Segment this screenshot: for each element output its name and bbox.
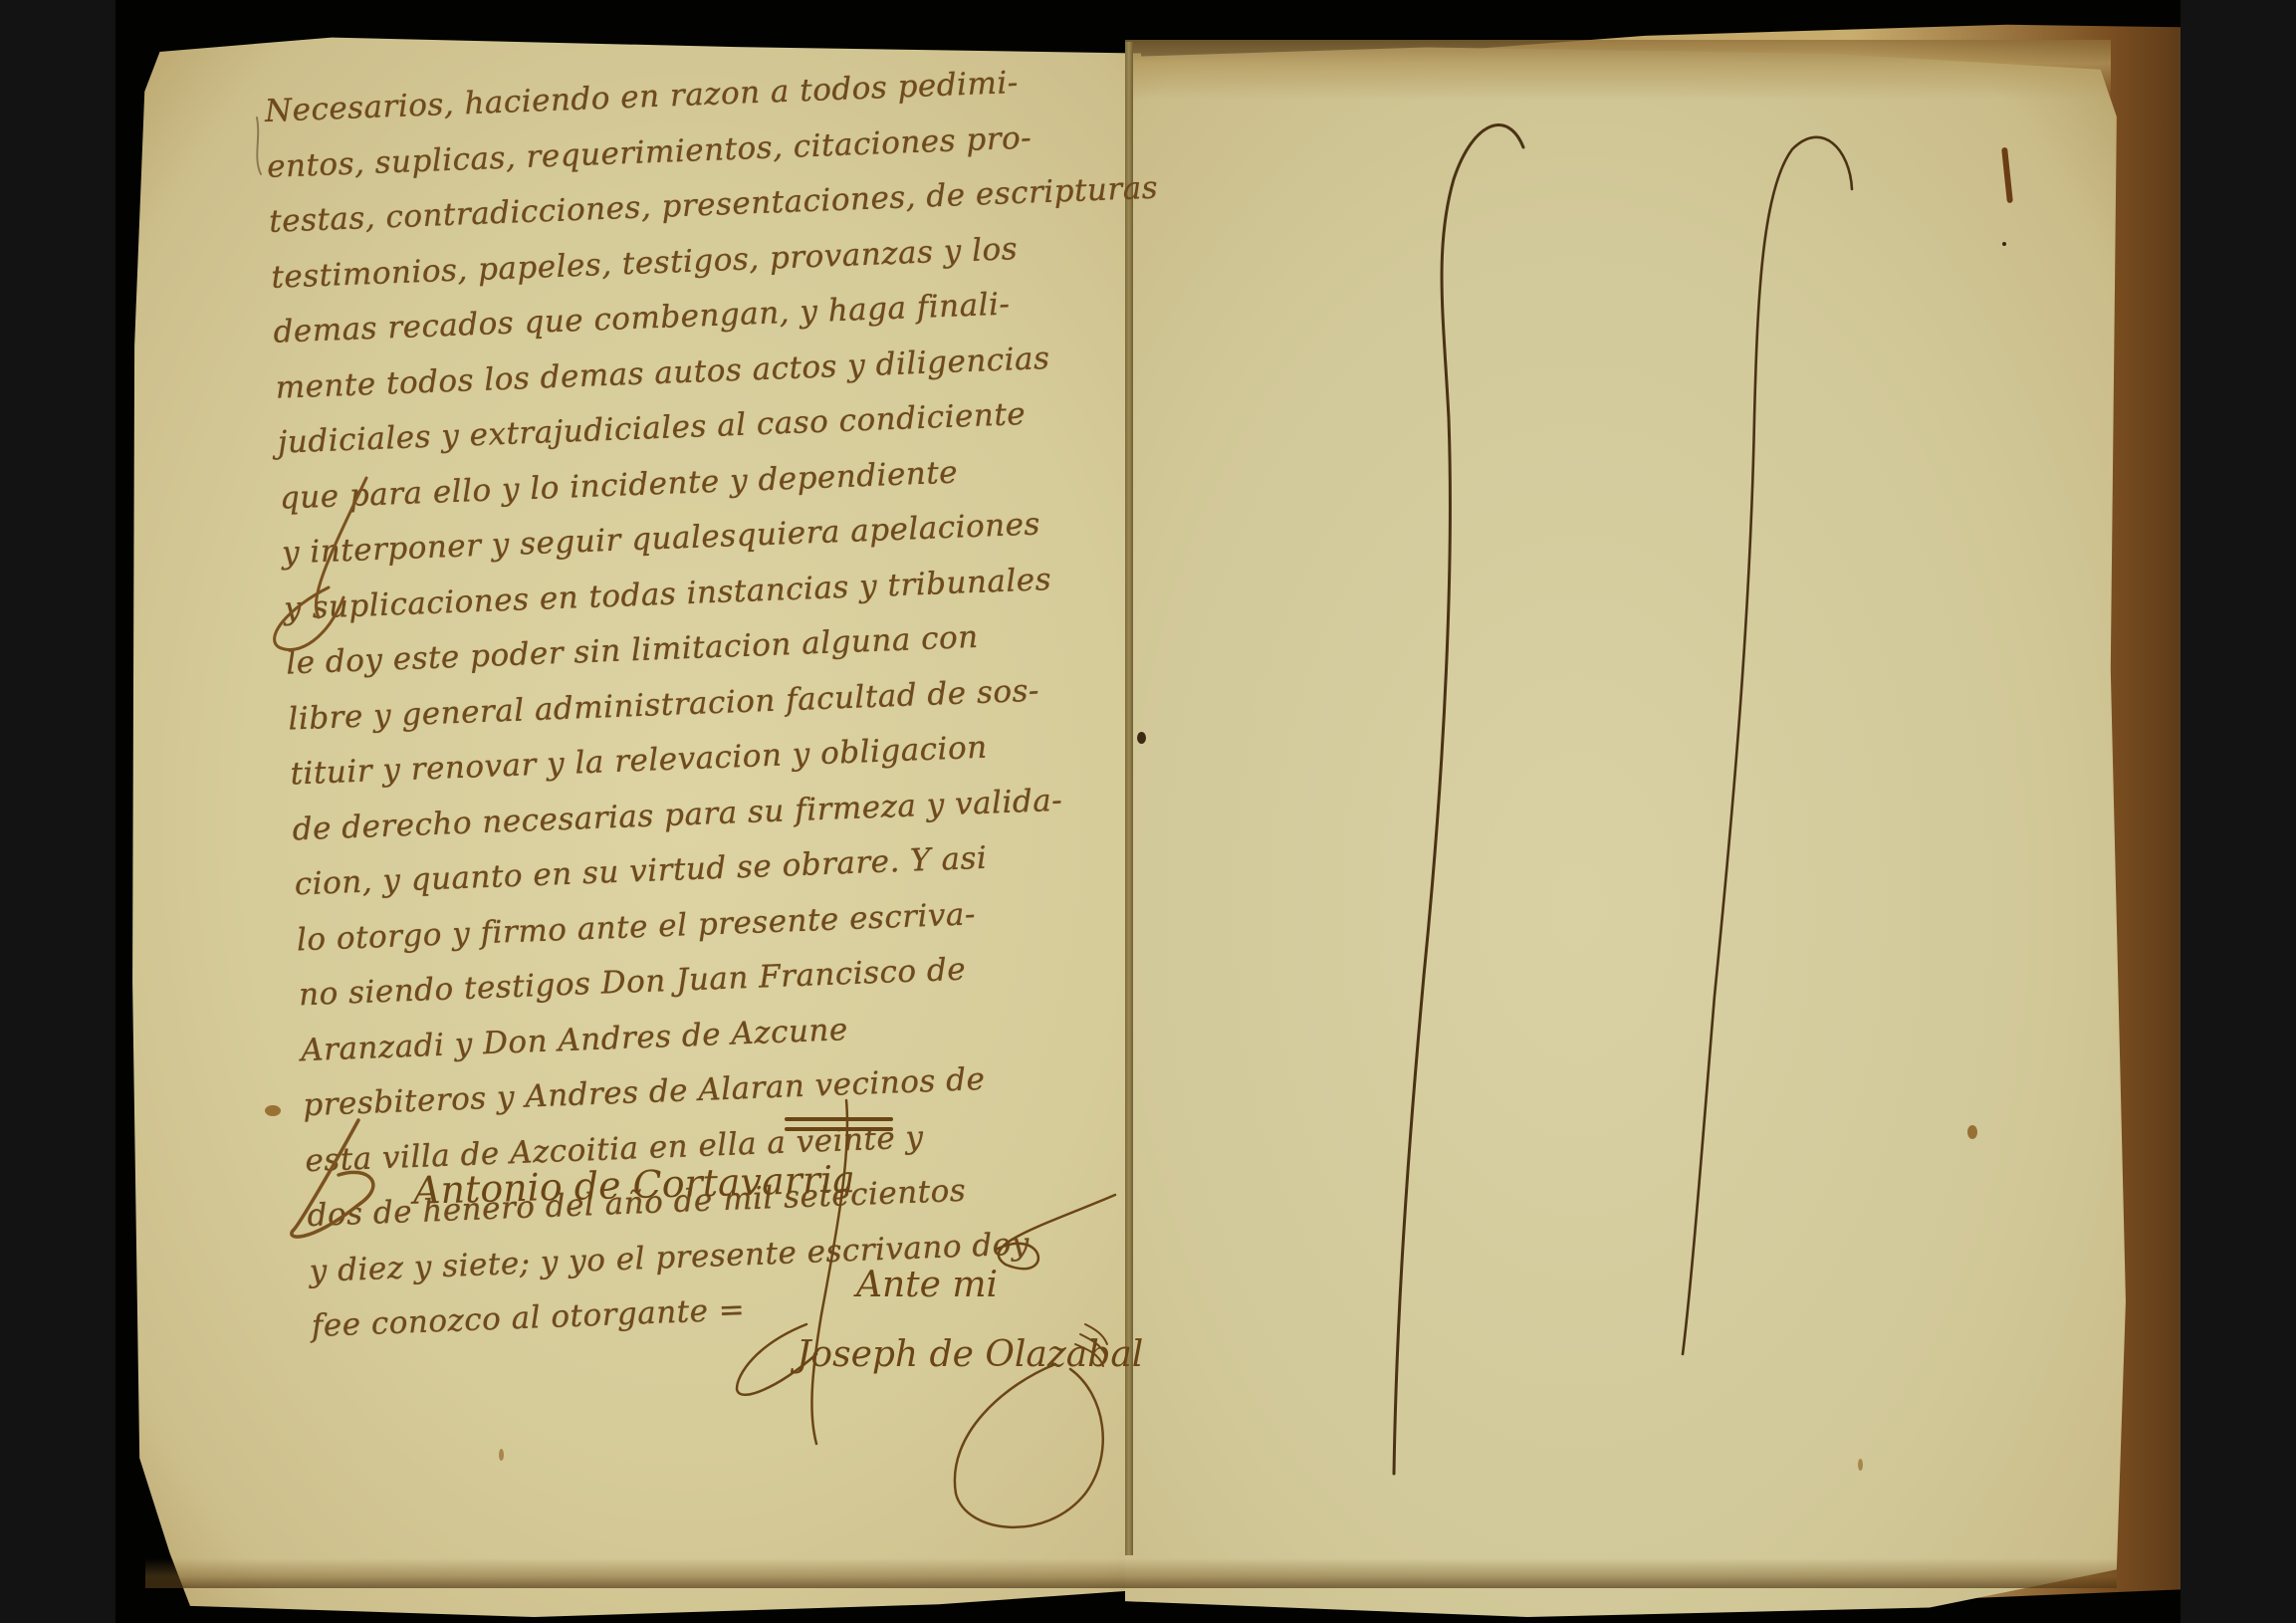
ink-stain: [1967, 1125, 1977, 1139]
ink-dot: [2002, 242, 2006, 246]
ink-stain: [1858, 1459, 1863, 1471]
manuscript-text: Necesarios, haciendo en razon a todos pe…: [264, 52, 1168, 1355]
ink-stain: [265, 1105, 281, 1116]
ink-stain: [499, 1449, 504, 1461]
viewer-side-panel-right: [2181, 0, 2296, 1623]
viewer-side-panel-left: [0, 0, 115, 1623]
bottom-edge-wear: [145, 1558, 2117, 1588]
right-page-top-stain: [1125, 40, 2111, 100]
right-page: [1125, 38, 2131, 1617]
signature-escribano: Joseph de Olazabal: [797, 1334, 1143, 1375]
signature-ante-mi: Ante mi: [856, 1265, 998, 1305]
